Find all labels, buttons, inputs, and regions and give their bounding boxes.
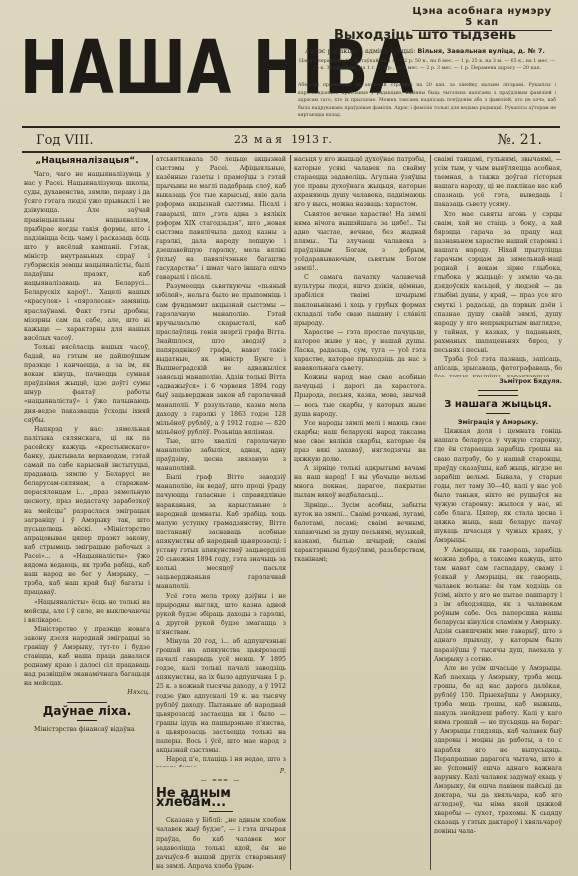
paragraph: У Амэрыцы, як гавораць, зарабіць можна д… [434, 546, 562, 664]
paragraph: Усе народы зямлі мелі і маюць свае скарб… [294, 419, 426, 464]
article-title-natsyanalizatsyia: „Нацыяналізацыя“. [24, 157, 150, 166]
address-value: Вільня, Завальная вуліца, д. № 7. [417, 47, 544, 55]
section-rule [209, 811, 233, 812]
editorial-notes: Абвесткі прымаюцца на апошняй страніцы п… [298, 82, 556, 120]
paragraph: Сказана у Біблії: „не адным хлебам чалав… [156, 816, 286, 870]
paragraph: насьця у яго жыцьцё духоўнае патрэбы, ка… [294, 155, 426, 210]
editorial-address: Адрэс рэдакцыі і адміністрацыі: Вільня, … [290, 47, 560, 55]
subscription-prices: Цэна з перасылкай і дастаўкай на 1 г. — … [298, 58, 556, 72]
signature: Р. [156, 767, 286, 776]
issue-number: №. 21. [498, 132, 542, 148]
section-rule [486, 413, 510, 414]
column-3: насьця у яго жыцьцё духоўнае патрэбы, ка… [294, 155, 426, 870]
paragraph: Цяжкая доля і цемната гоніць нашага бела… [434, 427, 562, 545]
article-title-z-nashaha-zhytstsia: З нашага жыцьця. [434, 400, 562, 409]
article-title-daunae-likha: Даўнае ліха. [24, 707, 150, 716]
column-divider [152, 155, 153, 870]
paragraph: Разумеецца сьвяткуючы «пьяный юбілей», н… [156, 282, 286, 437]
paragraph: Толькі вясёласць нашых часоў, бадай, на … [24, 343, 150, 425]
publication-frequency: Выходзіць што тыдзень [310, 28, 540, 43]
section-rule [67, 702, 107, 703]
paragraph: Усё гэта мела троху дзіўны і не прыродны… [156, 592, 286, 637]
article-body-natsyanalizatsyia: Чаго, чаго не нацыяналізуюць у нас у Рас… [24, 170, 150, 697]
paragraph: Былі граф Вітте заводзіў манаполію, ён в… [156, 473, 286, 591]
newspaper-page: НАША НІВА Цэна асобнага нумэру 5 кап Вых… [0, 0, 578, 876]
paragraph: С самага пачатку чалавечай культуры людз… [294, 273, 426, 328]
paragraph: Кожны народ мае свае асобные пачуцьці і … [294, 373, 426, 418]
paragraph: Хто мае сьвяты агонь у сэрцы сваім, хай … [434, 210, 562, 356]
paragraph: Міністэрство у праэкце новага закону дзе… [24, 625, 150, 689]
article-title-ne-adnym-khlebam: Не адным хлебам... [156, 789, 286, 807]
signature: Няхсц. [24, 688, 150, 697]
section-rule [478, 395, 518, 396]
issue-date: 23мая1913 г. [234, 133, 332, 146]
ornament-divider: — ═══ — [156, 776, 286, 785]
column-4: сваімі танцамі, гульнямі, звычаямі, — ус… [434, 155, 562, 870]
author-signature: Зьмітрок Бядуля. [434, 377, 562, 386]
column-2: атсьвяткавала 50 лецьце акцызнай сыстэмы… [156, 155, 286, 870]
section-rule [77, 720, 97, 721]
dateline-rule [22, 151, 560, 153]
volume-year: Год VIII. [36, 133, 94, 148]
article-body-akcyza: атсьвяткавала 50 лецьце акцызнай сыстэмы… [156, 155, 286, 767]
date-month: мая [254, 133, 285, 146]
paragraph: Сьвятое вечнае харастве! На зямлі няма н… [294, 210, 426, 274]
paragraph: Чаго, чаго не нацыяналізуюць у нас у Рас… [24, 170, 150, 343]
paragraph: атсьвяткавала 50 лецьце акцызнай сыстэмы… [156, 155, 286, 282]
paragraph: «Нацыяналісты» ёсць не толькі на мейсцы,… [24, 598, 150, 625]
paragraph: Мінула 20 год, і... аб адпушчэньні гроша… [156, 637, 286, 755]
date-year: 1913 г. [291, 133, 332, 146]
paragraph: А зірніце толькі адкрытымі вачамі на наш… [294, 464, 426, 500]
paragraph: Народ п'е, плаціць і ня ведае, што з гэт… [156, 755, 286, 767]
article-subtitle: Эміграція у Амэрыку. [434, 418, 562, 427]
dateline: Год VIII. 23мая1913 г. №. 21. [22, 131, 560, 151]
paragraph: Зірніце... Зусім асобны, забыты куток на… [294, 501, 426, 565]
date-day: 23 [234, 133, 248, 146]
paragraph: Напярэд у нас: зямельная палітыка сялянс… [24, 425, 150, 598]
section-rule [478, 390, 518, 391]
paragraph: Харастве — гэта простае пачуцьце, катoро… [294, 328, 426, 373]
article-body-continued: сваімі танцамі, гульнямі, звычаямі, — ус… [434, 155, 562, 377]
paragraph: сваімі танцамі, гульнямі, звычаямі, — ус… [434, 155, 562, 210]
address-label: Адрэс рэдакцыі і адміністрацыі: [305, 47, 415, 55]
paragraph: Але не усім шчасьце у Амэрыцы. Каб паеха… [434, 664, 562, 837]
masthead-rule [22, 126, 560, 128]
column-divider [430, 155, 431, 870]
column-divider [290, 155, 291, 870]
paragraph: Міністэрства фінансаў відаўна [24, 725, 150, 734]
paragraph: Трэба ўсё гэта пазнаць, запісаць, апісац… [434, 355, 562, 377]
paragraph: Тые, што хвалілі гарэлачную манаполію за… [156, 437, 286, 473]
column-1: „Нацыяналізацыя“. Чаго, чаго не нацыянал… [24, 155, 150, 870]
